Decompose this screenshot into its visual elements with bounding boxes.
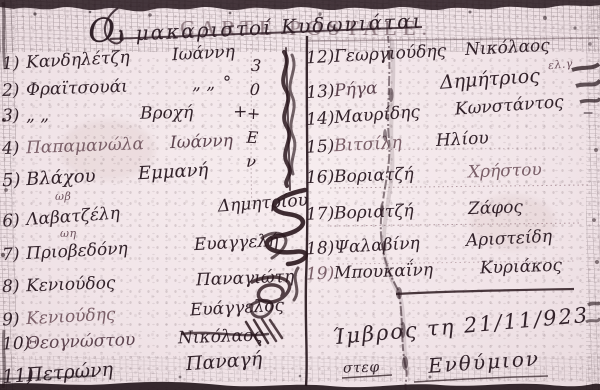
signature-prefix: στεφ: [343, 359, 380, 376]
entry-firstname: Παναγιώτη: [196, 267, 295, 290]
entry-surname: Ρήγα: [334, 74, 441, 101]
entry-number: 3): [2, 106, 26, 126]
scan-noise-right: [586, 0, 600, 390]
entry-surname: Ψαλαβίνη: [334, 231, 467, 258]
entry-row-4: 4) Παπαμανώλα Ιωάννη: [2, 131, 233, 159]
handwritten-header: Οι μακαριστοί Κυδωνιάται: [87, 0, 423, 50]
entry-surname: Κανδηλέτζη: [26, 45, 173, 73]
postcard-scan: CARTE POSTALE. Οι μακαριστοί Κυδωνιάται …: [0, 0, 600, 390]
entry-row-18: 18) Ψαλαβίνη Αριστείδη: [306, 227, 553, 260]
entry-number: 14): [306, 108, 335, 130]
entry-row-3: 3) „ „ Βροχή +: [2, 102, 248, 126]
right-edge-dash: ‒: [583, 102, 594, 121]
superscript-row-7: ωη: [60, 227, 77, 240]
entry-number: 11): [2, 364, 27, 388]
entry-firstname: Βροχή: [140, 103, 194, 124]
entry-row-11: 11) Πετρώνη Παναγή: [2, 348, 263, 388]
entry-surname: Φραϊτσουάι: [26, 74, 193, 100]
entry-surname: Βιτσίλη: [334, 131, 437, 156]
entry-surname: Μπουκαΐνη: [334, 258, 481, 283]
entry-firstname-struck: Νικόλαος: [178, 325, 264, 348]
entry-surname: Κενιούδης: [26, 301, 191, 330]
entry-surname: Πετρώνη: [25, 353, 186, 386]
annotation-above-entry-13: ελ.γ: [547, 57, 573, 72]
entry-ditto-marks: „ „: [192, 74, 216, 95]
entry-row-7: 7) Πριοβεδόνη Ευαγγελή: [2, 231, 279, 265]
entry-mark: °: [223, 73, 232, 93]
entry-number: 12): [306, 47, 335, 68]
entry-number: 16): [306, 167, 335, 188]
entry-surname: Βοριατζή: [334, 162, 469, 187]
entry-firstname: Εμμανή: [137, 160, 208, 185]
entry-number: 6): [2, 210, 27, 232]
entry-firstname: Ευάγγελος: [189, 296, 284, 321]
entry-firstname: Νικόλαος: [464, 36, 550, 60]
entry-surname: Μαυρίδης: [334, 100, 456, 128]
entry-number: 8): [2, 276, 27, 297]
entry-number: 9): [2, 309, 27, 330]
entry-firstname: Παναγή: [185, 348, 263, 375]
entry-row-8: 8) Κενιούδος Παναγιώτη: [2, 267, 295, 297]
entry-surname: Βοριατζή: [334, 199, 469, 224]
entry-firstname: Ευαγγελή: [193, 231, 279, 255]
entry-number: 5): [2, 169, 27, 191]
entry-firstname: Δημήτριος: [439, 65, 540, 94]
place-date-line: Ίμβρος τη 21/11/923: [331, 303, 590, 349]
vertical-margin-chars: 30+Εν: [241, 56, 266, 177]
entry-number: 13): [306, 81, 335, 103]
entry-firstname: Ιωάννη: [171, 42, 235, 65]
entry-ditto-marks: „ „: [26, 104, 140, 126]
entry-firstname: Κυριάκος: [480, 256, 563, 279]
entry-row-6: 6) Λαβατζέλη Δημητρίου: [2, 190, 309, 231]
entry-firstname: Ζάφος: [468, 197, 524, 219]
entry-surname: Πριοβεδόνη: [26, 235, 195, 264]
entry-number: 17): [306, 204, 335, 225]
entry-firstname: Δημητρίου: [217, 190, 309, 216]
entry-firstname: Ιωάννη: [170, 131, 234, 153]
entry-row-16: 16) Βοριατζή Χρήστου: [306, 160, 542, 188]
entry-row-2: 2) Φραϊτσουάι „ „ °: [2, 73, 232, 101]
entry-firstname: Ηλίου: [435, 128, 489, 151]
entry-number: 1): [2, 53, 27, 74]
entry-number: 10): [2, 334, 27, 355]
entry-number: 19): [306, 263, 335, 284]
entry-firstname: Κωνστάντος: [454, 92, 564, 120]
superscript-row-6: ωβ: [55, 190, 71, 203]
entry-number: 7): [2, 244, 27, 265]
entry-number: 18): [306, 238, 335, 259]
entry-surname: Γεωργιούδης: [334, 40, 466, 67]
entry-surname: Βλάχου: [26, 163, 139, 190]
entry-row-19: 19) Μπουκαΐνη Κυριάκος: [306, 256, 563, 285]
entry-surname: Θεογνώστου: [26, 328, 179, 353]
entry-number: 2): [2, 80, 27, 101]
entry-row-5: 5) Βλάχου Εμμανή: [2, 160, 209, 192]
entry-firstname: Χρήστου: [468, 160, 543, 183]
entry-number: 15): [306, 136, 335, 157]
entry-firstname: Αριστείδη: [465, 227, 552, 251]
entry-number: 4): [2, 138, 27, 159]
date-overline: [396, 289, 574, 294]
signature-word: Ενθύμιον: [427, 346, 540, 378]
entry-surname: Κενιούδος: [26, 270, 197, 296]
entry-row-15: 15) Βιτσίλη Ηλίου: [306, 128, 490, 158]
